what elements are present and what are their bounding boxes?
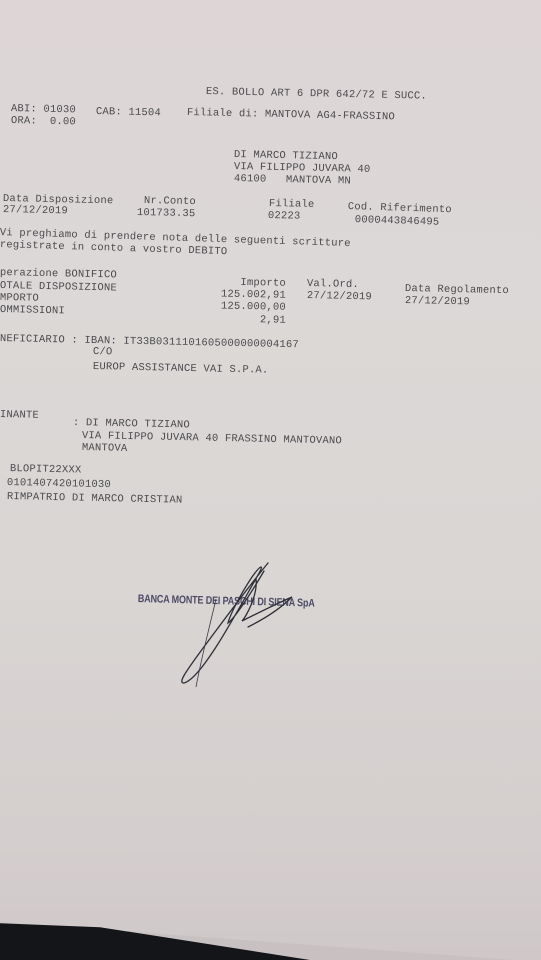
cod-riferimento-value: 0000443846495 — [355, 215, 440, 229]
time: ORA: 0.00 — [11, 116, 76, 128]
stamp-duty-note: ES. BOLLO ART 6 DPR 642/72 E SUCC. — [206, 87, 427, 103]
importo-label: MPORTO — [0, 293, 39, 305]
data-disposizione-value: 27/12/2019 — [3, 205, 68, 217]
filiale-label: Filiale — [269, 199, 315, 211]
commissioni-value: 2,91 — [200, 314, 286, 327]
orderer-label: INANTE — [0, 410, 39, 422]
recipient-city: 46100 MANTOVA MN — [234, 174, 351, 187]
data-regolamento-value: 27/12/2019 — [405, 296, 470, 308]
val-ord-value: 27/12/2019 — [307, 291, 372, 303]
beneficiary-co: C/O — [93, 347, 113, 358]
bic-code: BLOPIT22XXX — [10, 464, 82, 476]
reference-number: 0101407420101030 — [7, 478, 111, 491]
commissioni-label: OMMISSIONI — [0, 305, 65, 317]
bank-transfer-receipt: ES. BOLLO ART 6 DPR 642/72 E SUCC. ABI: … — [0, 0, 541, 960]
importo-header: Importo — [200, 277, 286, 290]
payment-reason: RIMPATRIO DI MARCO CRISTIAN — [7, 492, 183, 507]
nr-conto-value: 101733.35 — [137, 208, 196, 220]
beneficiary-name: EUROP ASSISTANCE VAI S.P.A. — [93, 362, 269, 377]
orderer-city: MANTOVA — [82, 443, 128, 455]
signature-icon — [160, 555, 350, 695]
totale-value: 125.002,91 — [200, 289, 286, 302]
cab-code: CAB: 11504 — [96, 107, 161, 119]
desk-surface — [0, 920, 541, 960]
filiale-value: 02223 — [268, 211, 301, 223]
beneficiary-iban: NEFICIARIO : IBAN: IT33B0311101605000000… — [0, 334, 299, 351]
importo-value: 125.000,00 — [200, 301, 286, 314]
branch-name: Filiale di: MANTOVA AG4-FRASSINO — [187, 108, 395, 123]
nr-conto-label: Nr.Conto — [144, 196, 196, 208]
